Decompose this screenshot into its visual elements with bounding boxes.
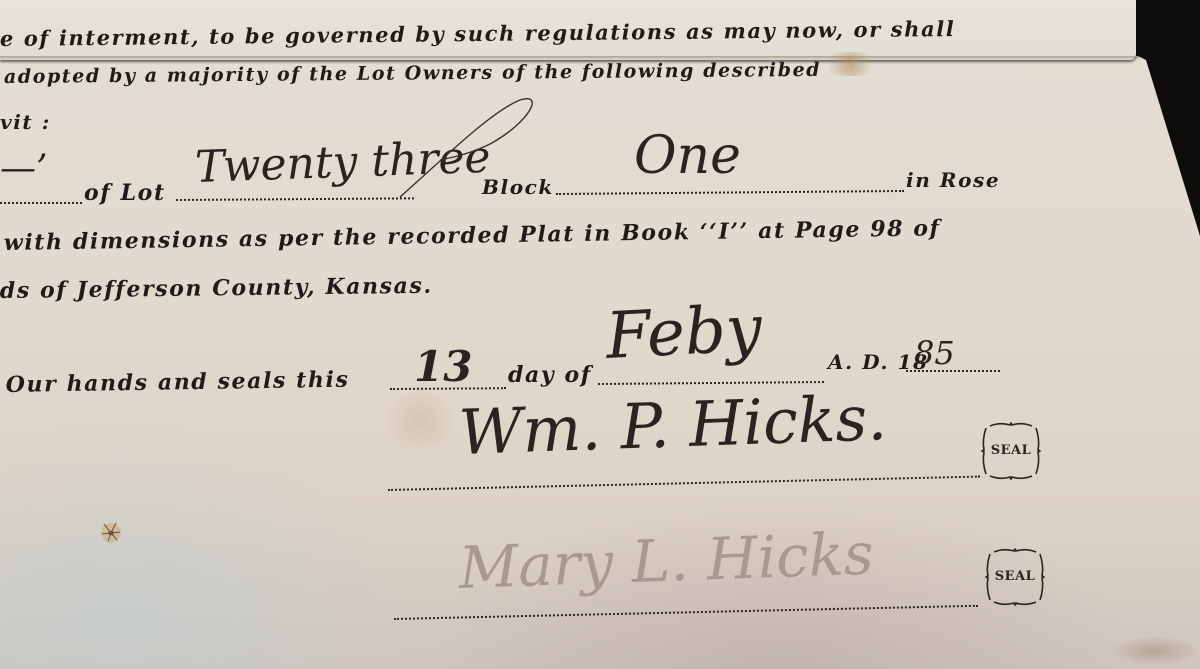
seal-label-2: SEAL (984, 569, 1046, 584)
fill-line-part (0, 202, 82, 204)
seal-box-1: SEAL (980, 420, 1042, 482)
printed-line-6: ds of Jefferson County, Kansas. (0, 273, 433, 304)
printed-line-3: vit : (0, 110, 51, 134)
printed-our-hands: Our hands and seals this (6, 367, 350, 398)
sheet-fold-shadow (0, 56, 1140, 60)
seal-label-1: SEAL (980, 443, 1042, 458)
printed-of-lot: of Lot (84, 180, 166, 206)
seal-box-2: SEAL (984, 546, 1046, 608)
handwritten-block-number: One (634, 126, 741, 186)
signature-mary-hicks: Mary L. Hicks (458, 520, 875, 602)
handwritten-day: 13 (414, 342, 472, 391)
handwritten-year: 85 (914, 334, 955, 372)
stain-bottom-right (1110, 636, 1200, 666)
stain-faint (380, 390, 460, 450)
stain-fold (820, 52, 880, 76)
signature-wm-hicks: Wm. P. Hicks. (457, 381, 888, 469)
printed-in-rose: in Rose (906, 168, 1000, 192)
pen-flourish-stroke (380, 92, 550, 202)
document-photo: e of interment, to be governed by such r… (0, 0, 1200, 669)
printed-day-of: day of (508, 362, 592, 388)
handwritten-part-fragment: —’ (0, 148, 47, 189)
insect-spider-icon (98, 520, 124, 546)
handwritten-month: Feby (604, 292, 764, 374)
